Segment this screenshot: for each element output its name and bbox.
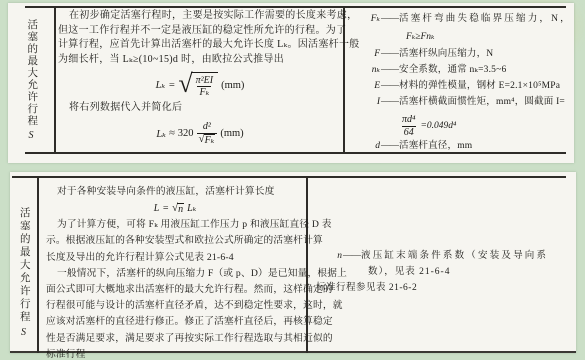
fraction-denominator: √Fₖ xyxy=(197,133,218,147)
column-divider-header xyxy=(54,7,56,153)
coefficient: 320 xyxy=(178,128,194,139)
radical: √ n xyxy=(172,203,184,215)
symbol: Fₖ xyxy=(348,13,380,26)
fraction-result: =0.049d⁴ xyxy=(421,120,457,133)
paragraph-line: 为了计算方便，可将 Fₖ 用液压缸工作压力 p 和液压缸直径 D 表 xyxy=(46,217,304,233)
definition-d: d —— 活塞杆直径，mm xyxy=(348,140,570,153)
main-text-cell-top: 在初步确定活塞行程时，主要是按实际工作需要的长度来考虑， 但这一工作行程并不一定… xyxy=(58,9,342,151)
formula-unit: (mm) xyxy=(220,128,243,139)
notes-cell-bottom: n —— 液压缸末端条件系数（安装及导向系 数），见表 21-6-4 标准行程参… xyxy=(310,250,572,350)
paragraph-line: 性是否满足要求，满足要求了再按实际工作行程选取与其相近似的 xyxy=(46,331,304,347)
symbol: E xyxy=(348,80,380,93)
definition-text: 活塞杆直径，mm xyxy=(399,140,472,153)
definition-I-fraction: πd⁴ 64 =0.049d⁴ xyxy=(400,114,456,138)
definition-E: E —— 材料的弹性模量，钢材 E=2.1×10⁵MPa xyxy=(348,80,570,93)
main-text-cell-bottom: 对于各种安装导向条件的液压缸，活塞杆计算长度 L = √ n Lₖ 为了计算方便… xyxy=(46,184,304,350)
em-dash: —— xyxy=(381,48,398,61)
definition-text: 活塞杆横截面惯性矩，mm⁴，圆截面 I= xyxy=(399,96,565,109)
em-dash: —— xyxy=(343,250,360,263)
symbol: I xyxy=(348,96,380,109)
formula-unit: (mm) xyxy=(221,80,244,91)
symbol-definitions-cell: Fₖ —— 活塞杆弯曲失稳临界压缩力，N， Fₖ≥Fnₖ F —— 活塞杆纵向压… xyxy=(348,13,570,151)
em-dash: —— xyxy=(381,96,398,109)
paragraph-line: 将右列数据代入并简化后 xyxy=(58,101,342,116)
definition-text: 材料的弹性模量，钢材 E=2.1×10⁵MPa xyxy=(399,80,560,93)
definition-Fk: Fₖ —— 活塞杆弯曲失稳临界压缩力，N， xyxy=(348,13,570,26)
radical: √ π²EI Fₖ xyxy=(178,72,218,99)
table-border-top xyxy=(25,6,566,8)
column-divider-header xyxy=(37,177,39,353)
em-dash: —— xyxy=(381,13,398,26)
scanned-handbook-page: { "row_header": { "title": "活塞的最大允许行程", … xyxy=(0,0,585,360)
standard-stroke-note: 标准行程参见表 21-6-2 xyxy=(316,282,572,295)
table-border-top xyxy=(12,176,566,178)
em-dash: —— xyxy=(381,80,398,93)
em-dash: —— xyxy=(381,64,398,77)
fraction-numerator: d² xyxy=(201,121,213,133)
radical-body: Fₖ xyxy=(204,134,216,147)
formula-lhs: L xyxy=(154,203,160,214)
paragraph-line: 对于各种安装导向条件的液压缸，活塞杆计算长度 xyxy=(46,184,304,200)
paragraph-line: 为细长杆，当 Lₖ≥(10~15)d 时，由欧拉公式推导出 xyxy=(58,53,342,68)
symbol: F xyxy=(348,48,380,61)
table-row-top: 活塞的最大允许行程 S 在初步确定活塞行程时，主要是按实际工作需要的长度来考虑，… xyxy=(8,3,574,163)
approx-sign: ≈ xyxy=(169,128,175,139)
paragraph-line: 示。根据液压缸的各种安装型式和欧拉公式所确定的活塞杆计算 xyxy=(46,233,304,249)
fraction-denominator: 64 xyxy=(402,126,416,139)
definition-n: n —— 液压缸末端条件系数（安装及导向系 xyxy=(318,250,572,263)
paragraph-line: 行程很可能与设计的活塞杆直径矛盾，达不到稳定性要求，这时，就 xyxy=(46,298,304,314)
fraction-numerator: πd⁴ xyxy=(400,114,418,126)
definition-text: 活塞杆纵向压缩力，N xyxy=(399,48,493,61)
equals-sign: = xyxy=(162,203,169,214)
symbol: nₖ xyxy=(348,64,380,77)
row-header-variable: S xyxy=(29,130,34,141)
definition-I: I —— 活塞杆横截面惯性矩，mm⁴，圆截面 I= xyxy=(348,96,570,109)
formula-calc-length: L = √ n Lₖ xyxy=(46,200,304,217)
row-header: 活塞的最大允许行程 S xyxy=(8,8,54,152)
definition-text: 安全系数，通常 nₖ=3.5~6 xyxy=(399,64,506,77)
radical-glyph: √ xyxy=(178,71,192,97)
row-header-title: 活塞的最大允许行程 xyxy=(18,207,29,324)
paragraph-line: 一般情况下，活塞杆的纵向压缩力 F（或 p、D）是已知量，根据上 xyxy=(46,266,304,282)
definition-nk: nₖ —— 安全系数，通常 nₖ=3.5~6 xyxy=(348,64,570,77)
symbol: n xyxy=(318,250,342,263)
formula-euler: Lₖ = √ π²EI Fₖ (mm) xyxy=(58,69,342,101)
paragraph-line: 应该对活塞杆的直径进行修正。修正了活塞杆直径后，再核算稳定 xyxy=(46,314,304,330)
radical-body: n xyxy=(177,203,184,215)
equals-sign: = xyxy=(168,80,175,91)
formula-simplified: Lₖ ≈ 320 d² √Fₖ (mm) xyxy=(58,118,342,150)
definition-continuation: Fₖ≥Fnₖ xyxy=(406,31,435,44)
formula-lhs: Lₖ xyxy=(156,128,166,140)
row-header-title: 活塞的最大允许行程 xyxy=(26,19,37,127)
fraction-numerator: π²EI xyxy=(194,75,215,87)
definition-continuation: 数），见表 21-6-4 xyxy=(368,266,572,279)
row-header: 活塞的最大允许行程 S xyxy=(10,202,37,342)
formula-lhs: Lₖ xyxy=(156,79,166,91)
formula-rest: Lₖ xyxy=(187,203,196,214)
paragraph-line: 计算行程，应首先计算出活塞杆的最大允许长度 Lₖ。因活塞杆一般 xyxy=(58,38,342,53)
definition-text: 液压缸末端条件系数（安装及导向系 xyxy=(361,250,548,263)
symbol: d xyxy=(348,140,380,153)
definition-text: 活塞杆弯曲失稳临界压缩力，N， xyxy=(399,13,572,26)
table-row-bottom: 活塞的最大允许行程 S 对于各种安装导向条件的液压缸，活塞杆计算长度 L = √… xyxy=(10,172,576,353)
row-header-variable: S xyxy=(21,327,26,338)
em-dash: —— xyxy=(381,140,398,153)
paragraph-line: 面公式即可大概地求出活塞杆的最大允许行程。然而，这样确定的 xyxy=(46,282,304,298)
paragraph-line: 但这一工作行程并不一定是液压缸的稳定性所允许的行程。为了 xyxy=(58,24,342,39)
paragraph-line: 长度及导出的允许行程计算公式见表 21-6-4 xyxy=(46,250,304,266)
paragraph-line: 在初步确定活塞行程时，主要是按实际工作需要的长度来考虑， xyxy=(58,9,342,24)
definition-F: F —— 活塞杆纵向压缩力，N xyxy=(348,48,570,61)
paragraph-line: 标准行程 xyxy=(46,347,304,360)
fraction-denominator: Fₖ xyxy=(197,86,211,99)
